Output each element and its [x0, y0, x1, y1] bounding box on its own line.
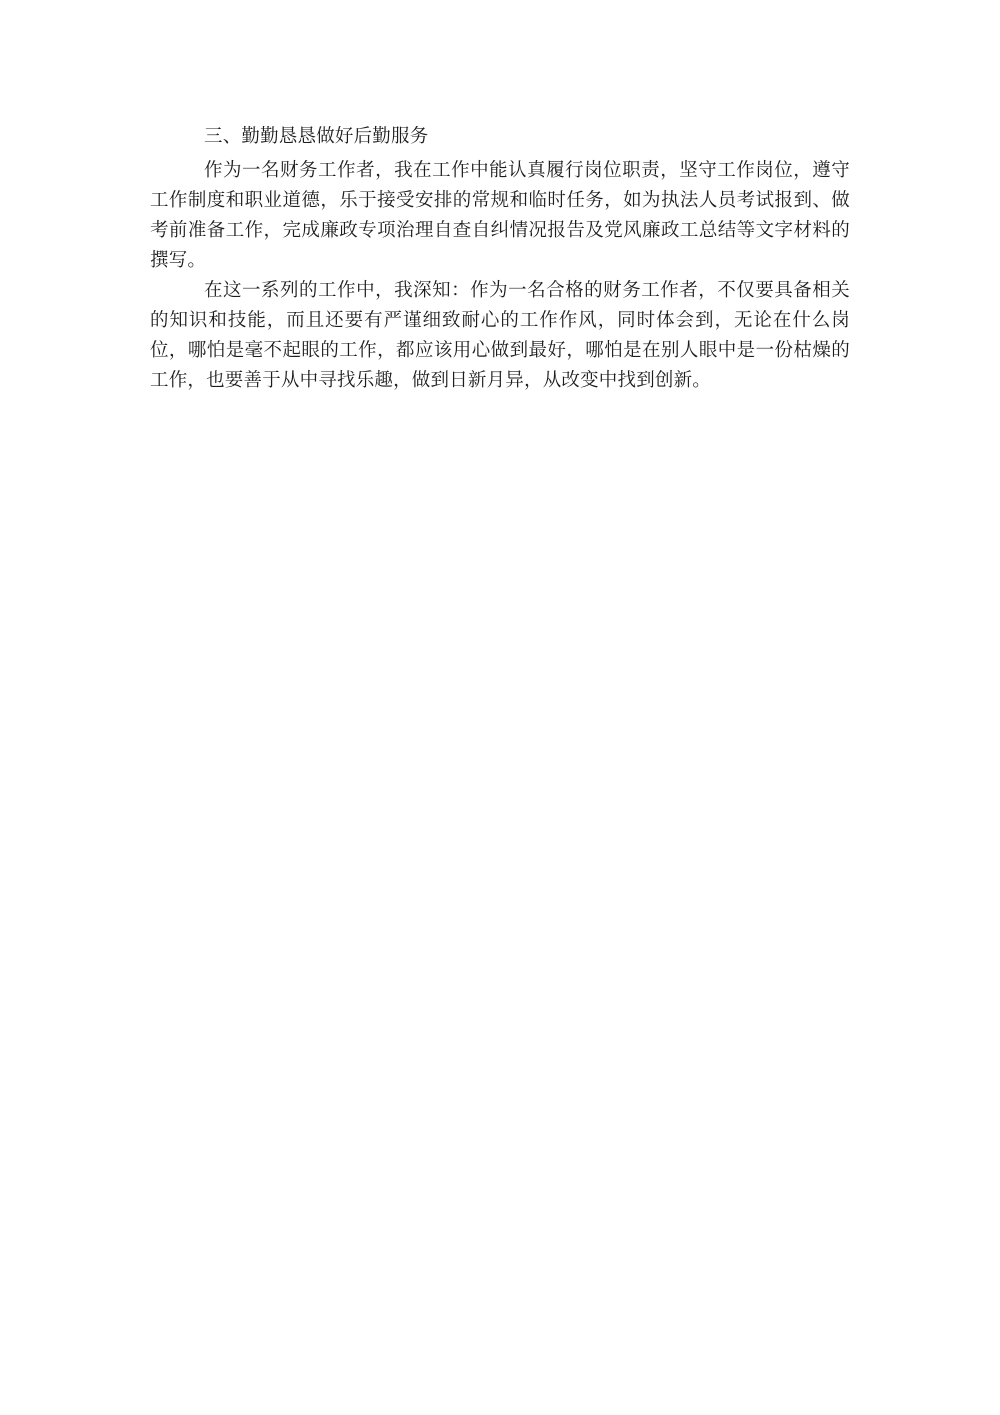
paragraph-1: 作为一名财务工作者，我在工作中能认真履行岗位职责，坚守工作岗位，遵守工作制度和职…	[150, 155, 850, 275]
document-page: 三、勤勤恳恳做好后勤服务 作为一名财务工作者，我在工作中能认真履行岗位职责，坚守…	[0, 0, 1000, 1415]
section-heading: 三、勤勤恳恳做好后勤服务	[150, 121, 850, 151]
paragraph-2: 在这一系列的工作中，我深知：作为一名合格的财务工作者，不仅要具备相关的知识和技能…	[150, 275, 850, 395]
document-content: 三、勤勤恳恳做好后勤服务 作为一名财务工作者，我在工作中能认真履行岗位职责，坚守…	[150, 121, 850, 395]
